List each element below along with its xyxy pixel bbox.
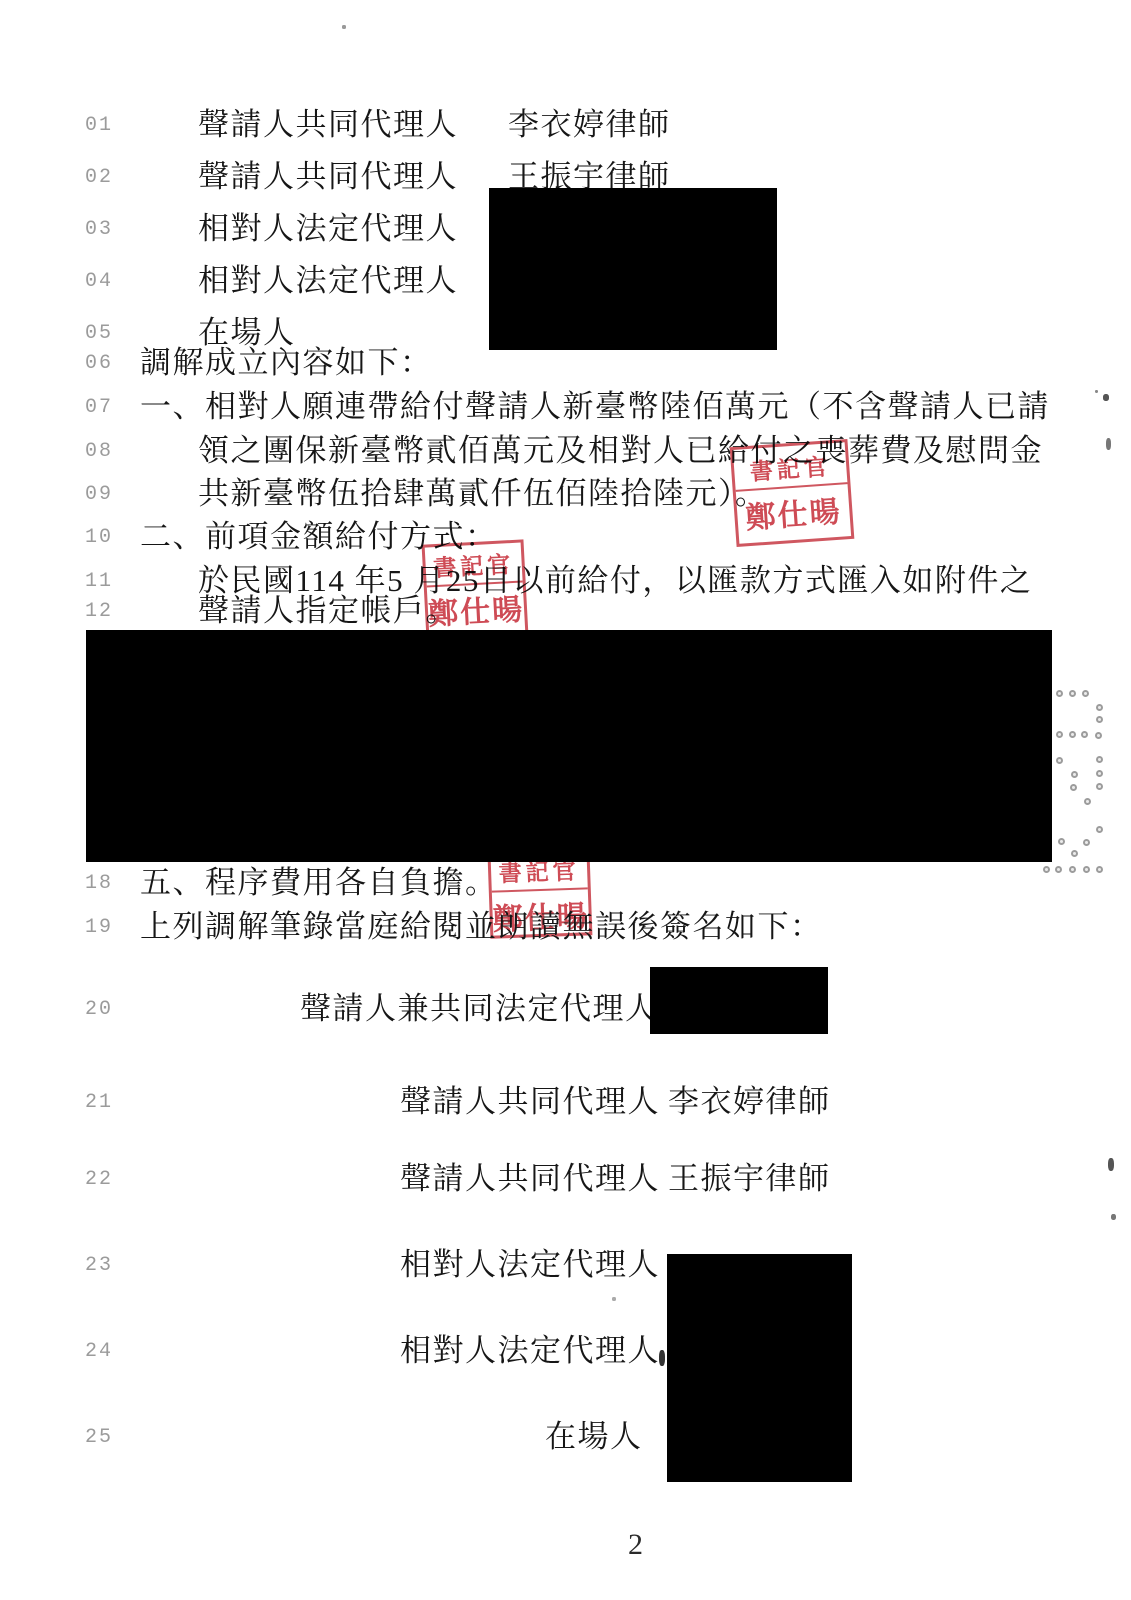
clerk-seal-name: 鄭仕暘 [425,582,527,635]
line-number-09: 09 [85,483,113,506]
scan-dot-artifact [1081,731,1088,738]
line-number-21: 21 [85,1091,113,1114]
line-number-06: 06 [85,352,113,375]
line-number-05: 05 [85,322,113,345]
scan-dot-artifact [1043,866,1050,873]
scanned-court-mediation-record-page: 01 聲請人共同代理人 李衣婷律師 02 聲請人共同代理人 王振宇律師 03 相… [0,0,1131,1600]
party-role-label: 聲請人共同代理人 [198,158,458,196]
clause-one-text: 領之團保新臺幣貳佰萬元及相對人已給付之喪葬費及慰問金 [198,432,1043,470]
scan-dot-artifact [1071,850,1078,857]
payment-terms-text: 聲請人指定帳戶。 [198,592,458,630]
scan-dot-artifact [1070,784,1077,791]
clerk-seal-title: 書記官 [425,545,523,588]
page-number: 2 [628,1528,643,1562]
line-number-10: 10 [85,526,113,549]
line-number-22: 22 [85,1168,113,1191]
scan-dot-artifact [1069,731,1076,738]
party-role-label: 相對人法定代理人 [198,210,458,248]
scan-dot-artifact [1096,716,1103,723]
scan-dot-artifact [1055,866,1062,873]
scan-speck-artifact [1103,394,1109,401]
clause-one-text: 一、相對人願連帶給付聲請人新臺幣陸佰萬元（不含聲請人已請 [140,388,1050,426]
scan-dot-artifact [1082,690,1089,697]
scan-dot-artifact [1071,771,1078,778]
redaction-box-account-details [86,630,1052,862]
signature-role-label: 相對人法定代理人 [400,1332,660,1370]
closing-statement-text: 上列調解筆錄當庭給閱並朗讀無誤後簽名如下： [140,908,823,946]
line-number-07: 07 [85,396,113,419]
scan-dot-artifact [1096,826,1103,833]
line-number-12: 12 [85,600,113,623]
scan-dot-artifact [1069,690,1076,697]
clerk-seal-stamp: 書記官 鄭仕暘 [730,439,855,547]
scan-dot-artifact [1096,756,1103,763]
line-number-23: 23 [85,1254,113,1277]
line-number-03: 03 [85,218,113,241]
line-number-08: 08 [85,440,113,463]
clerk-seal-name: 鄭仕暘 [742,485,845,540]
scan-dot-artifact [1058,838,1065,845]
redaction-box-signatures [667,1254,852,1482]
mediation-content-heading: 調解成立內容如下： [140,344,433,382]
clause-one-text: 共新臺幣伍拾肆萬貳仟伍佰陸拾陸元）。 [198,475,768,513]
redaction-box-party-names [489,188,777,350]
scan-dot-artifact [1056,731,1063,738]
signature-role-label: 聲請人共同代理人 [400,1083,660,1121]
scan-dot-artifact [1096,770,1103,777]
line-number-02: 02 [85,166,113,189]
attorney-signature-name: 王振宇律師 [668,1160,831,1198]
scan-dot-artifact [1096,783,1103,790]
scan-speck-artifact [1095,390,1098,393]
scan-speck-artifact [659,1350,665,1366]
scan-dot-artifact [1096,704,1103,711]
scan-speck-artifact [1111,1214,1116,1220]
line-number-04: 04 [85,270,113,293]
line-number-25: 25 [85,1426,113,1449]
line-number-20: 20 [85,998,113,1021]
scan-speck-artifact [1106,438,1111,450]
party-role-label: 聲請人共同代理人 [198,106,458,144]
redaction-box-signature [650,967,828,1034]
line-number-01: 01 [85,114,113,137]
line-number-19: 19 [85,916,113,939]
scan-dot-artifact [1083,866,1090,873]
scan-dot-artifact [1095,732,1102,739]
signature-role-label: 聲請人兼共同法定代理人 [300,990,658,1028]
signature-role-label: 聲請人共同代理人 [400,1160,660,1198]
scan-dot-artifact [1096,866,1103,873]
scan-dot-artifact [1056,757,1063,764]
scan-dot-artifact [1056,690,1063,697]
scan-speck-artifact [612,1297,616,1301]
signature-role-label: 相對人法定代理人 [400,1246,660,1284]
clerk-seal-title: 書記官 [491,851,588,892]
attorney-signature-name: 李衣婷律師 [668,1083,831,1121]
party-role-label: 相對人法定代理人 [198,262,458,300]
attorney-name: 李衣婷律師 [508,106,671,144]
scan-dot-artifact [1084,798,1091,805]
scan-dot-artifact [1069,866,1076,873]
scan-speck-artifact [342,25,346,29]
line-number-18: 18 [85,872,113,895]
signature-role-label: 在場人 [545,1418,643,1456]
line-number-11: 11 [85,570,113,593]
scan-dot-artifact [1083,839,1090,846]
clause-five-text: 五、程序費用各自負擔。 [140,864,498,902]
line-number-24: 24 [85,1340,113,1363]
scan-speck-artifact [1108,1158,1114,1171]
clerk-seal-stamp: 書記官 鄭仕暘 [422,539,529,640]
